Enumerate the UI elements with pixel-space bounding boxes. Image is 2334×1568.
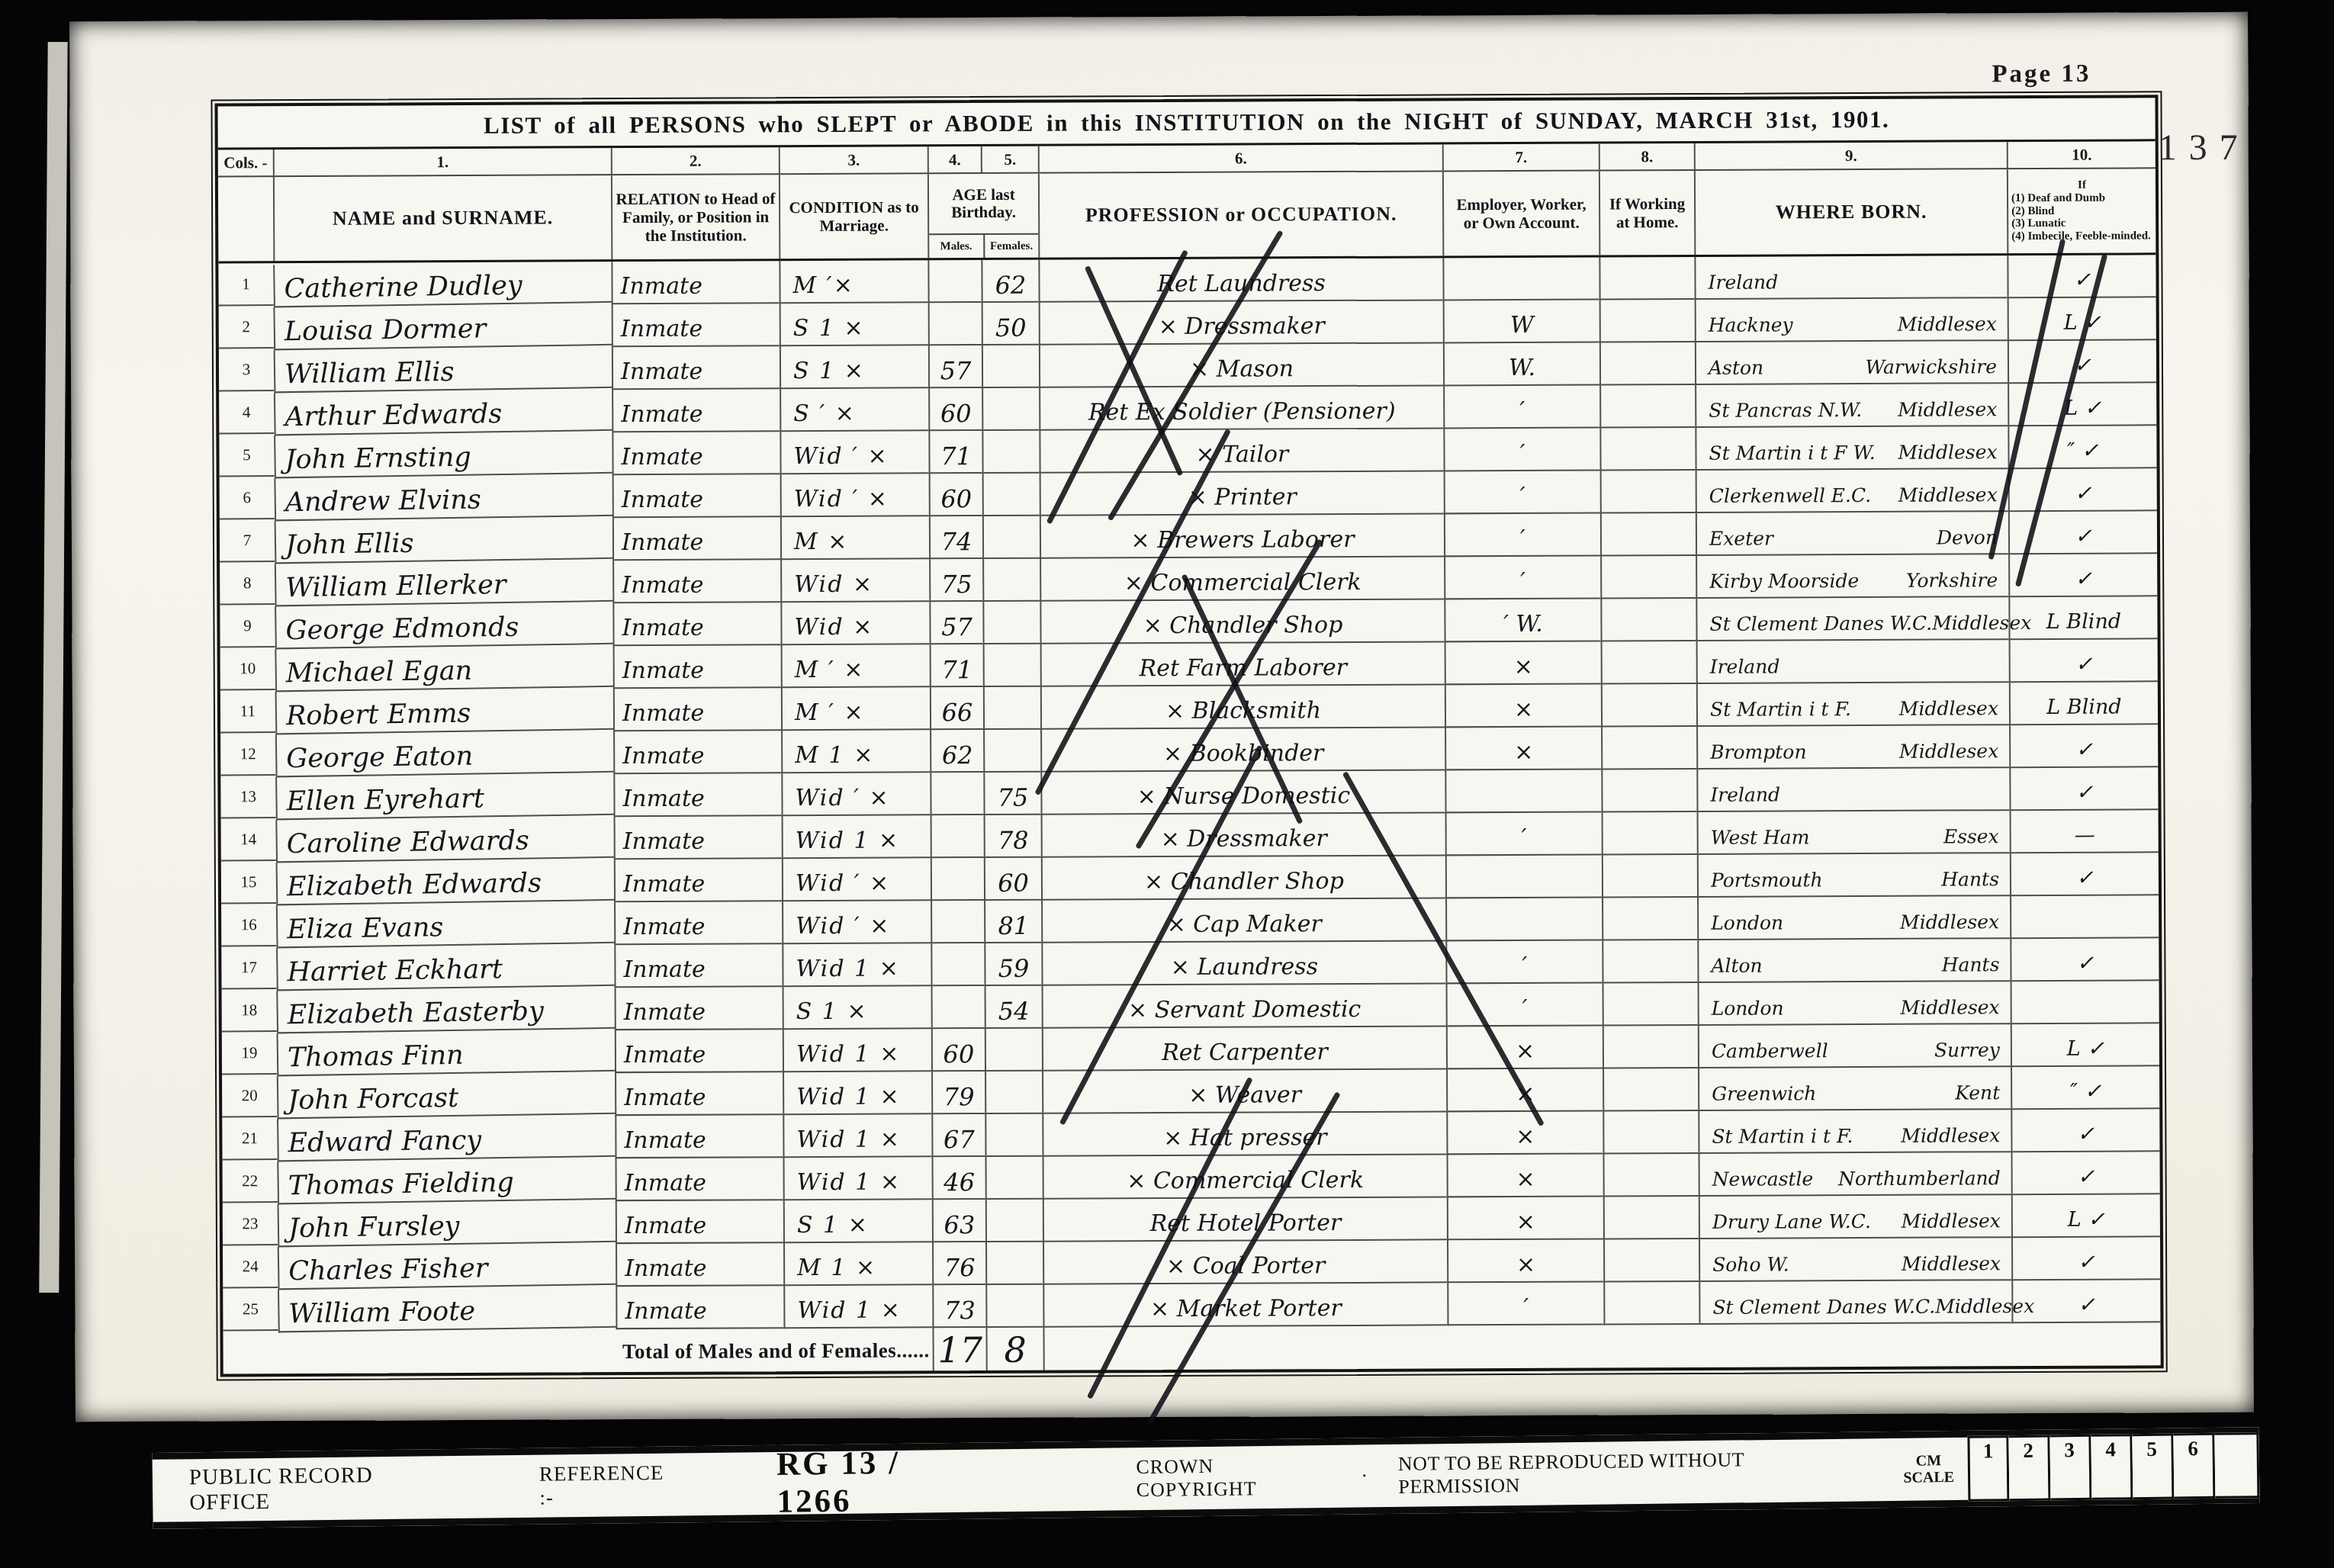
totals-label: Total of Males and of Females...... xyxy=(223,1328,933,1375)
infirmity-line: If xyxy=(2011,178,2152,192)
cell-condition: Wid 1 × xyxy=(783,1285,932,1329)
born-county: Middlesex xyxy=(1902,1252,2001,1275)
total-females: 8 xyxy=(985,1328,1043,1372)
cell-age-f xyxy=(985,1072,1042,1114)
cell-age-m: 73 xyxy=(932,1285,985,1328)
cell-no: 4 xyxy=(219,391,274,434)
cell-working xyxy=(1603,1111,1698,1155)
cell-name: Catherine Dudley xyxy=(273,260,612,308)
cell-relation: Inmate xyxy=(612,560,780,603)
cell-age-m xyxy=(927,260,981,303)
cell-born: LondonMiddlesex xyxy=(1698,982,2011,1026)
public-record-office-label: PUBLIC RECORD OFFICE xyxy=(189,1462,448,1515)
cell-employer xyxy=(1442,257,1599,300)
born-county: Kent xyxy=(1955,1081,2000,1104)
cell-infirmity: ✓ xyxy=(2009,767,2158,811)
cell-name: George Edmonds xyxy=(275,602,613,650)
born-place: Soho W. xyxy=(1712,1253,1789,1275)
cell-condition: M 1 × xyxy=(783,1242,932,1286)
cell-age-m: 71 xyxy=(930,644,983,687)
cell-age-m: 74 xyxy=(929,516,982,559)
cell-relation: Inmate xyxy=(612,346,780,390)
cell-condition: S 1 × xyxy=(780,303,928,346)
cell-name: Edward Fancy xyxy=(277,1114,616,1162)
col-number-8: 8. xyxy=(1599,143,1694,170)
crown-copyright-label: CROWN COPYRIGHT xyxy=(1136,1454,1331,1502)
cell-relation: Inmate xyxy=(615,1030,783,1073)
cell-no: 8 xyxy=(220,562,275,605)
cell-no: 12 xyxy=(220,733,275,776)
born-place: London xyxy=(1711,911,1783,933)
born-place: Kirby Moorside xyxy=(1709,570,1859,593)
cell-no: 14 xyxy=(221,818,276,861)
cell-employer: ′ xyxy=(1447,1282,1603,1325)
cell-age-f xyxy=(985,1200,1043,1242)
cell-no: 1 xyxy=(218,263,273,306)
born-county: Devon xyxy=(1937,526,1998,548)
cell-no: 11 xyxy=(220,690,275,733)
cell-name: Andrew Elvins xyxy=(274,474,612,522)
cell-infirmity: ✓ xyxy=(2008,468,2157,512)
cell-profession: × Mason xyxy=(1039,343,1443,387)
cell-condition: S 1 × xyxy=(783,1200,932,1243)
born-place: Greenwich xyxy=(1712,1082,1816,1105)
cell-profession: × Cap Maker xyxy=(1041,898,1445,943)
cell-relation: Inmate xyxy=(616,1200,783,1244)
cell-no: 21 xyxy=(222,1117,277,1160)
cell-employer: ′ xyxy=(1445,940,1602,984)
cell-employer: ′ xyxy=(1445,812,1602,856)
col-number-5: 5. xyxy=(981,146,1038,172)
born-county: Warwickshire xyxy=(1865,355,1997,378)
infirmity-line: (4) Imbecile, Feeble-minded. xyxy=(2011,230,2152,244)
cm-scale-box: 2 xyxy=(2008,1435,2050,1501)
cell-condition: Wid 1 × xyxy=(783,1072,931,1115)
cell-relation: Inmate xyxy=(612,389,780,432)
header-rownum-spacer xyxy=(218,177,273,261)
cell-age-f xyxy=(983,644,1040,687)
cell-age-f xyxy=(982,516,1040,559)
cell-working xyxy=(1599,428,1695,471)
cell-no: 10 xyxy=(220,647,275,690)
cell-born: St Clement Danes W.C.Middlesex xyxy=(1696,597,2008,641)
cell-profession: × Dressmaker xyxy=(1041,813,1445,857)
cell-working xyxy=(1601,727,1696,770)
cell-no: 20 xyxy=(222,1075,277,1117)
header-relation: RELATION to Head of Family, or Position … xyxy=(611,175,779,259)
cell-profession: × Brewers Laborer xyxy=(1040,514,1444,558)
cell-employer: × xyxy=(1447,1239,1603,1283)
cell-condition: Wid ′ × xyxy=(780,474,929,517)
cell-age-f: 54 xyxy=(985,986,1042,1029)
cell-profession: Ret Hotel Porter xyxy=(1043,1197,1447,1242)
cell-age-m: 60 xyxy=(931,1029,985,1072)
cell-age-f: 50 xyxy=(982,303,1039,345)
cell-name: Robert Emms xyxy=(275,687,614,735)
cell-name: John Ellis xyxy=(275,516,613,564)
cell-name: Louisa Dormer xyxy=(273,303,612,351)
cell-working xyxy=(1603,1239,1699,1283)
cell-infirmity: L ✓ xyxy=(2011,1023,2159,1067)
cell-relation: Inmate xyxy=(614,901,782,945)
cols-label: Cols. - xyxy=(218,149,273,175)
cell-age-m xyxy=(931,901,984,943)
cell-no: 22 xyxy=(223,1160,278,1203)
cell-no: 19 xyxy=(222,1032,277,1075)
cell-age-m: 63 xyxy=(932,1200,985,1242)
cell-condition: S ′ × xyxy=(780,388,928,432)
cell-condition: M × xyxy=(780,516,929,560)
cell-no: 17 xyxy=(221,946,276,989)
cell-condition: Wid 1 × xyxy=(783,1157,932,1200)
cell-condition: M ′ × xyxy=(781,687,930,731)
cell-name: Thomas Finn xyxy=(277,1029,616,1077)
cell-employer xyxy=(1445,898,1602,941)
cell-born: AstonWarwickshire xyxy=(1695,341,2008,385)
cell-age-m: 57 xyxy=(928,345,982,388)
cell-age-f xyxy=(985,1114,1042,1157)
cell-working xyxy=(1603,1154,1699,1197)
cell-no: 9 xyxy=(220,605,275,647)
cell-condition: Wid ′ × xyxy=(782,858,931,901)
cell-relation: Inmate xyxy=(612,432,780,475)
born-place: London xyxy=(1712,997,1784,1019)
cell-no: 5 xyxy=(219,434,274,477)
cell-infirmity: ✓ xyxy=(2011,1152,2160,1195)
cell-profession: × Tailor xyxy=(1039,429,1443,473)
cell-employer: × xyxy=(1445,727,1601,770)
cell-no: 3 xyxy=(219,349,274,391)
header-where-born: WHERE BORN. xyxy=(1694,169,2007,255)
born-place: Exeter xyxy=(1709,527,1773,549)
cell-condition: Wid × xyxy=(780,559,929,602)
born-county: Middlesex xyxy=(1900,996,1999,1019)
born-county: Middlesex xyxy=(1901,1124,2000,1147)
born-county: Middlesex xyxy=(1899,740,1998,763)
cell-infirmity: ″ ✓ xyxy=(2011,1066,2159,1110)
header-age-females: Females. xyxy=(983,235,1039,258)
header-name: NAME and SURNAME. xyxy=(273,175,611,261)
cell-working xyxy=(1601,770,1696,813)
cell-age-f xyxy=(985,1029,1042,1072)
born-place: St Martin i t F W. xyxy=(1709,442,1875,464)
cell-infirmity: ✓ xyxy=(2010,938,2159,982)
cell-infirmity: ✓ xyxy=(2008,554,2157,597)
cell-employer: W xyxy=(1443,300,1599,343)
cell-working xyxy=(1603,1282,1699,1325)
cell-infirmity xyxy=(2011,981,2159,1024)
cell-born: St Martin i t F W.Middlesex xyxy=(1695,426,2008,471)
born-county: Hants xyxy=(1942,953,2000,975)
cell-infirmity: ✓ xyxy=(2009,725,2158,768)
cell-working xyxy=(1600,471,1696,514)
cell-no: 16 xyxy=(221,904,276,946)
born-place: Ireland xyxy=(1708,271,1778,293)
cell-working xyxy=(1601,641,1696,685)
born-place: Brompton xyxy=(1710,741,1806,763)
cell-condition: Wid × xyxy=(780,602,929,645)
born-place: St Clement Danes W.C. xyxy=(1709,612,1932,635)
cell-employer: × xyxy=(1445,684,1601,728)
cell-employer xyxy=(1445,855,1602,898)
cell-relation: Inmate xyxy=(612,517,780,561)
cell-profession: × Bookbinder xyxy=(1040,728,1445,772)
cell-born: Ireland xyxy=(1696,640,2009,684)
cell-condition: M 1 × xyxy=(781,730,930,773)
cell-profession: × Commercial Clerk xyxy=(1040,557,1444,601)
cell-age-m: 67 xyxy=(931,1114,985,1157)
cell-name: George Eaton xyxy=(275,730,614,778)
cell-name: William Foote xyxy=(278,1285,616,1333)
cell-relation: Inmate xyxy=(614,859,782,902)
cell-age-m: 71 xyxy=(928,431,982,474)
cell-employer: × xyxy=(1447,1154,1603,1197)
census-paper: Page 13 137 LIST of all PERSONS who SLEP… xyxy=(69,12,2254,1422)
cell-born: St Clement Danes W.C.Middlesex xyxy=(1699,1280,2011,1325)
cell-no: 15 xyxy=(221,861,276,904)
cell-working xyxy=(1599,257,1694,300)
cell-age-f xyxy=(985,1285,1043,1328)
cell-relation: Inmate xyxy=(613,773,781,817)
cm-scale-box: 6 xyxy=(2173,1433,2215,1499)
cell-condition: Wid 1 × xyxy=(783,1029,931,1072)
cell-name: John Fursley xyxy=(277,1200,616,1248)
cell-age-m xyxy=(931,858,984,901)
header-working-at-home: If Working at Home. xyxy=(1599,171,1694,255)
cell-infirmity: L Blind xyxy=(2009,682,2158,725)
cell-age-f xyxy=(982,431,1039,474)
cell-no: 6 xyxy=(220,477,275,519)
cell-age-f xyxy=(982,388,1039,431)
cell-working xyxy=(1603,1068,1698,1112)
col-number-9: 9. xyxy=(1694,142,2007,169)
cm-scale-label: CMSCALE xyxy=(1903,1452,1954,1486)
cell-employer: × xyxy=(1445,641,1601,685)
cell-employer: W. xyxy=(1443,342,1599,386)
cell-condition: Wid ′ × xyxy=(780,431,928,474)
col-number-6: 6. xyxy=(1038,144,1442,172)
born-county: Surrey xyxy=(1934,1039,2000,1061)
born-place: Alton xyxy=(1711,955,1762,977)
cell-profession: × Laundress xyxy=(1041,941,1445,985)
col-number-10: 10. xyxy=(2007,141,2156,168)
cell-working xyxy=(1599,385,1695,429)
header-infirmity: If (1) Deaf and Dumb (2) Blind (3) Lunat… xyxy=(2007,169,2156,253)
cell-age-f xyxy=(982,474,1040,516)
born-county: Hants xyxy=(1941,868,1999,890)
cell-working xyxy=(1600,599,1696,642)
cell-profession: × Hat presser xyxy=(1042,1112,1446,1156)
born-county: Middlesex xyxy=(1900,911,1999,933)
cell-born: Ireland xyxy=(1696,768,2009,812)
born-county: Middlesex xyxy=(1899,697,1998,720)
cell-born: St Martin i t F.Middlesex xyxy=(1698,1110,2011,1154)
cell-working xyxy=(1599,342,1695,386)
cell-condition: M ′ × xyxy=(781,644,930,688)
cell-employer: × xyxy=(1447,1197,1603,1240)
cell-relation: Inmate xyxy=(616,1158,783,1201)
cell-age-f xyxy=(983,730,1040,773)
header-condition: CONDITION as to Marriage. xyxy=(779,174,927,259)
cell-relation: Inmate xyxy=(614,816,782,860)
born-county: Northumberland xyxy=(1838,1167,2001,1190)
born-place: St Martin i t F. xyxy=(1712,1125,1853,1148)
cell-age-f: 75 xyxy=(983,773,1040,815)
cm-scale-box: 4 xyxy=(2091,1434,2133,1500)
born-place: Clerkenwell E.C. xyxy=(1709,484,1872,507)
cell-working xyxy=(1600,556,1696,599)
cell-name: Ellen Eyrehart xyxy=(275,773,614,821)
cell-profession: × Coal Porter xyxy=(1043,1240,1447,1284)
cell-name: Harriet Eckhart xyxy=(276,943,615,991)
cell-working xyxy=(1602,898,1697,941)
cell-relation: Inmate xyxy=(612,602,780,646)
cell-working xyxy=(1602,812,1697,856)
cell-condition: Wid ′ × xyxy=(782,901,931,944)
cell-no: 25 xyxy=(223,1288,278,1331)
cell-name: Charles Fisher xyxy=(278,1242,616,1290)
cell-age-m xyxy=(928,303,982,345)
cell-age-m xyxy=(930,773,983,815)
cell-born: Drury Lane W.C.Middlesex xyxy=(1699,1195,2011,1239)
cell-age-m xyxy=(931,815,984,858)
cell-relation: Inmate xyxy=(614,944,782,988)
cell-working xyxy=(1600,513,1696,557)
cell-name: Michael Egan xyxy=(275,644,613,692)
cell-condition: S 1 × xyxy=(783,986,931,1030)
cell-name: Arthur Edwards xyxy=(274,388,612,436)
cell-no: 2 xyxy=(219,306,274,349)
header-age-label: AGE last Birthday. xyxy=(929,174,1038,234)
born-place: Aston xyxy=(1709,357,1763,379)
infirmity-line: (1) Deaf and Dumb xyxy=(2011,191,2152,205)
born-place: Camberwell xyxy=(1712,1039,1828,1062)
cell-name: Caroline Edwards xyxy=(275,815,614,863)
cell-born: Clerkenwell E.C.Middlesex xyxy=(1696,469,2008,513)
cell-name: Thomas Fielding xyxy=(277,1157,616,1205)
cell-age-f: 81 xyxy=(984,901,1041,943)
cell-profession: × Servant Domestic xyxy=(1042,984,1446,1028)
cell-infirmity: ✓ xyxy=(2010,853,2159,896)
col-number-7: 7. xyxy=(1442,143,1599,170)
header-age-split: Males. Females. xyxy=(929,233,1038,259)
cell-no: 13 xyxy=(220,776,275,818)
cell-condition: Wid 1 × xyxy=(783,1114,931,1158)
cell-born: CamberwellSurrey xyxy=(1698,1024,2011,1068)
header-employer: Employer, Worker, or Own Account. xyxy=(1442,171,1599,255)
cell-age-m: 66 xyxy=(930,687,983,730)
cell-working xyxy=(1603,983,1698,1027)
cell-age-f xyxy=(982,345,1039,388)
cell-condition: M ′× xyxy=(779,260,927,304)
cell-born: Soho W.Middlesex xyxy=(1699,1238,2011,1282)
totals-spacer xyxy=(1043,1322,2160,1371)
cell-relation: Inmate xyxy=(613,645,781,689)
table-title: LIST of all PERSONS who SLEPT or ABODE i… xyxy=(484,106,1889,140)
cell-age-f xyxy=(982,559,1040,602)
cell-profession: × Commercial Clerk xyxy=(1043,1155,1447,1199)
cell-relation: Inmate xyxy=(615,987,783,1030)
cm-scale-box: 1 xyxy=(1967,1435,2009,1502)
header-age: AGE last Birthday. Males. Females. xyxy=(927,174,1038,259)
total-males: 17 xyxy=(932,1328,985,1372)
folio-number: 137 xyxy=(2159,127,2250,169)
cell-profession: × Chandler Shop xyxy=(1040,599,1444,644)
scanned-census-page: Page 13 137 LIST of all PERSONS who SLEP… xyxy=(0,0,2334,1568)
cell-infirmity: ✓ xyxy=(2007,255,2156,298)
born-county: Essex xyxy=(1943,825,1999,847)
page-number-label: Page 13 xyxy=(1992,60,2091,89)
reference-label: REFERENCE :- xyxy=(539,1460,678,1509)
cell-profession: × Dressmaker xyxy=(1039,300,1443,345)
cell-relation: Inmate xyxy=(611,261,779,304)
cell-condition: S 1 × xyxy=(780,345,928,389)
cell-no: 24 xyxy=(223,1245,278,1288)
cell-relation: Inmate xyxy=(615,1072,783,1116)
cell-relation: Inmate xyxy=(612,304,780,347)
cell-age-f: 62 xyxy=(981,260,1038,303)
cell-age-f: 59 xyxy=(984,943,1041,986)
cell-name: John Ernsting xyxy=(274,431,612,479)
cell-infirmity: L Blind xyxy=(2008,596,2157,640)
header-age-males: Males. xyxy=(929,235,983,258)
cell-no: 23 xyxy=(223,1203,278,1245)
born-place: Hackney xyxy=(1709,313,1793,336)
cell-employer: ′ xyxy=(1444,556,1600,599)
infirmity-line: (3) Lunatic xyxy=(2011,217,2152,231)
cell-employer: × xyxy=(1446,1026,1603,1069)
cell-working xyxy=(1601,684,1696,728)
cm-scale-box: 3 xyxy=(2049,1435,2091,1501)
permission-notice: NOT TO BE REPRODUCED WITHOUT PERMISSION xyxy=(1398,1448,1850,1499)
cell-condition: Wid 1 × xyxy=(782,815,931,859)
cell-working xyxy=(1602,855,1697,898)
column-headers-row: NAME and SURNAME. RELATION to Head of Fa… xyxy=(218,169,2156,263)
pro-reference-strip: PUBLIC RECORD OFFICE REFERENCE :- RG 13 … xyxy=(152,1427,2259,1529)
cell-infirmity: — xyxy=(2010,810,2159,853)
cell-working xyxy=(1603,1197,1699,1240)
cell-age-m xyxy=(931,986,985,1029)
born-place: St Pancras N.W. xyxy=(1709,399,1862,422)
col-number-2: 2. xyxy=(611,147,779,174)
cell-employer: × xyxy=(1446,1111,1603,1155)
cell-infirmity: ✓ xyxy=(2009,639,2158,683)
cell-working xyxy=(1599,300,1695,343)
born-place: St Clement Danes W.C. xyxy=(1712,1296,1935,1319)
cell-name: Elizabeth Edwards xyxy=(276,858,615,906)
cell-age-f xyxy=(983,687,1040,730)
header-profession: PROFESSION or OCCUPATION. xyxy=(1038,172,1442,257)
cell-age-f: 78 xyxy=(984,815,1041,858)
cell-relation: Inmate xyxy=(616,1243,783,1287)
cell-born: HackneyMiddlesex xyxy=(1695,298,2008,342)
cell-age-m: 75 xyxy=(929,559,982,602)
cell-relation: Inmate xyxy=(615,1115,783,1158)
cell-relation: Inmate xyxy=(612,474,780,518)
cell-no: 18 xyxy=(222,989,277,1032)
born-place: Ireland xyxy=(1710,783,1780,805)
cell-profession: × Printer xyxy=(1040,471,1444,516)
cell-born: Kirby MoorsideYorkshire xyxy=(1696,554,2008,599)
cell-working xyxy=(1603,1026,1698,1069)
cell-age-m: 79 xyxy=(931,1072,985,1114)
cell-age-m: 60 xyxy=(928,388,982,431)
cell-no: 7 xyxy=(220,519,275,562)
cell-born: BromptonMiddlesex xyxy=(1696,725,2009,770)
cell-infirmity xyxy=(2010,895,2159,939)
cell-relation: Inmate xyxy=(613,731,781,774)
cell-age-f xyxy=(982,602,1040,644)
